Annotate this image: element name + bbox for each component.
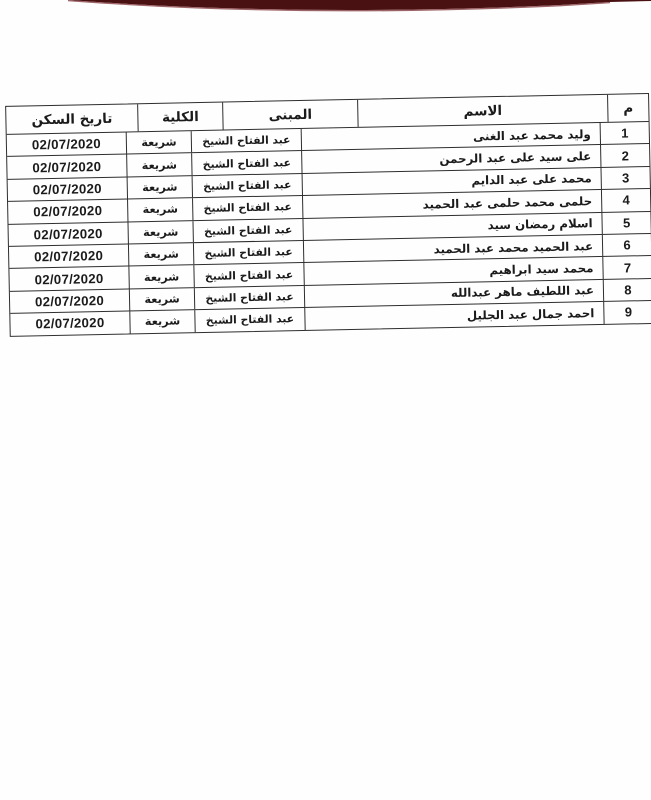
cell-housing-date: 02/07/2020 xyxy=(10,312,130,336)
scanned-document-page: م الاسم المبنى الكلية تاريخ السكن 1وليد … xyxy=(0,0,651,800)
cell-college: شريعة xyxy=(130,310,195,333)
cell-housing-date: 02/07/2020 xyxy=(8,200,128,224)
cell-housing-date: 02/07/2020 xyxy=(9,267,129,291)
cell-college: شريعة xyxy=(129,243,194,266)
cell-building: عبد الفتاح الشيخ xyxy=(192,151,302,175)
cell-row-number: 4 xyxy=(602,189,650,211)
cell-building: عبد الفتاح الشيخ xyxy=(195,286,305,310)
cell-row-number: 6 xyxy=(603,234,651,256)
cell-row-number: 9 xyxy=(604,301,651,323)
cell-building: عبد الفتاح الشيخ xyxy=(193,196,303,220)
cell-row-number: 5 xyxy=(602,212,650,234)
cell-row-number: 7 xyxy=(603,256,651,278)
header-cell-college: الكلية xyxy=(138,103,224,132)
cell-college: شريعة xyxy=(128,176,193,199)
cell-housing-date: 02/07/2020 xyxy=(7,155,127,179)
cell-building: عبد الفتاح الشيخ xyxy=(192,129,302,153)
cell-college: شريعة xyxy=(127,131,192,154)
housing-list-table: م الاسم المبنى الكلية تاريخ السكن 1وليد … xyxy=(5,93,651,336)
cell-housing-date: 02/07/2020 xyxy=(8,177,128,201)
cell-row-number: 1 xyxy=(601,122,649,144)
cell-student-name: احمد جمال عبد الجليل xyxy=(305,302,604,329)
red-banner-top xyxy=(0,0,651,22)
header-cell-name: الاسم xyxy=(358,95,608,127)
cell-housing-date: 02/07/2020 xyxy=(9,222,129,246)
cell-housing-date: 02/07/2020 xyxy=(10,289,130,313)
cell-building: عبد الفتاح الشيخ xyxy=(194,241,304,265)
cell-college: شريعة xyxy=(130,288,195,311)
header-cell-num: م xyxy=(608,94,649,122)
cell-row-number: 8 xyxy=(604,279,651,301)
cell-college: شريعة xyxy=(128,221,193,244)
header-cell-date: تاريخ السكن xyxy=(6,104,139,134)
cell-building: عبد الفتاح الشيخ xyxy=(193,219,303,243)
table-body: 1وليد محمد عبد الغنىعبد الفتاح الشيخشريع… xyxy=(7,122,651,335)
cell-college: شريعة xyxy=(127,154,192,177)
cell-building: عبد الفتاح الشيخ xyxy=(194,263,304,287)
cell-building: عبد الفتاح الشيخ xyxy=(193,174,303,198)
cell-row-number: 3 xyxy=(601,167,649,189)
cell-housing-date: 02/07/2020 xyxy=(9,244,129,268)
cell-building: عبد الفتاح الشيخ xyxy=(195,308,305,332)
cell-row-number: 2 xyxy=(601,144,649,166)
cell-college: شريعة xyxy=(129,266,194,289)
header-cell-building: المبنى xyxy=(223,100,359,130)
cell-college: شريعة xyxy=(128,198,193,221)
cell-housing-date: 02/07/2020 xyxy=(7,132,127,156)
